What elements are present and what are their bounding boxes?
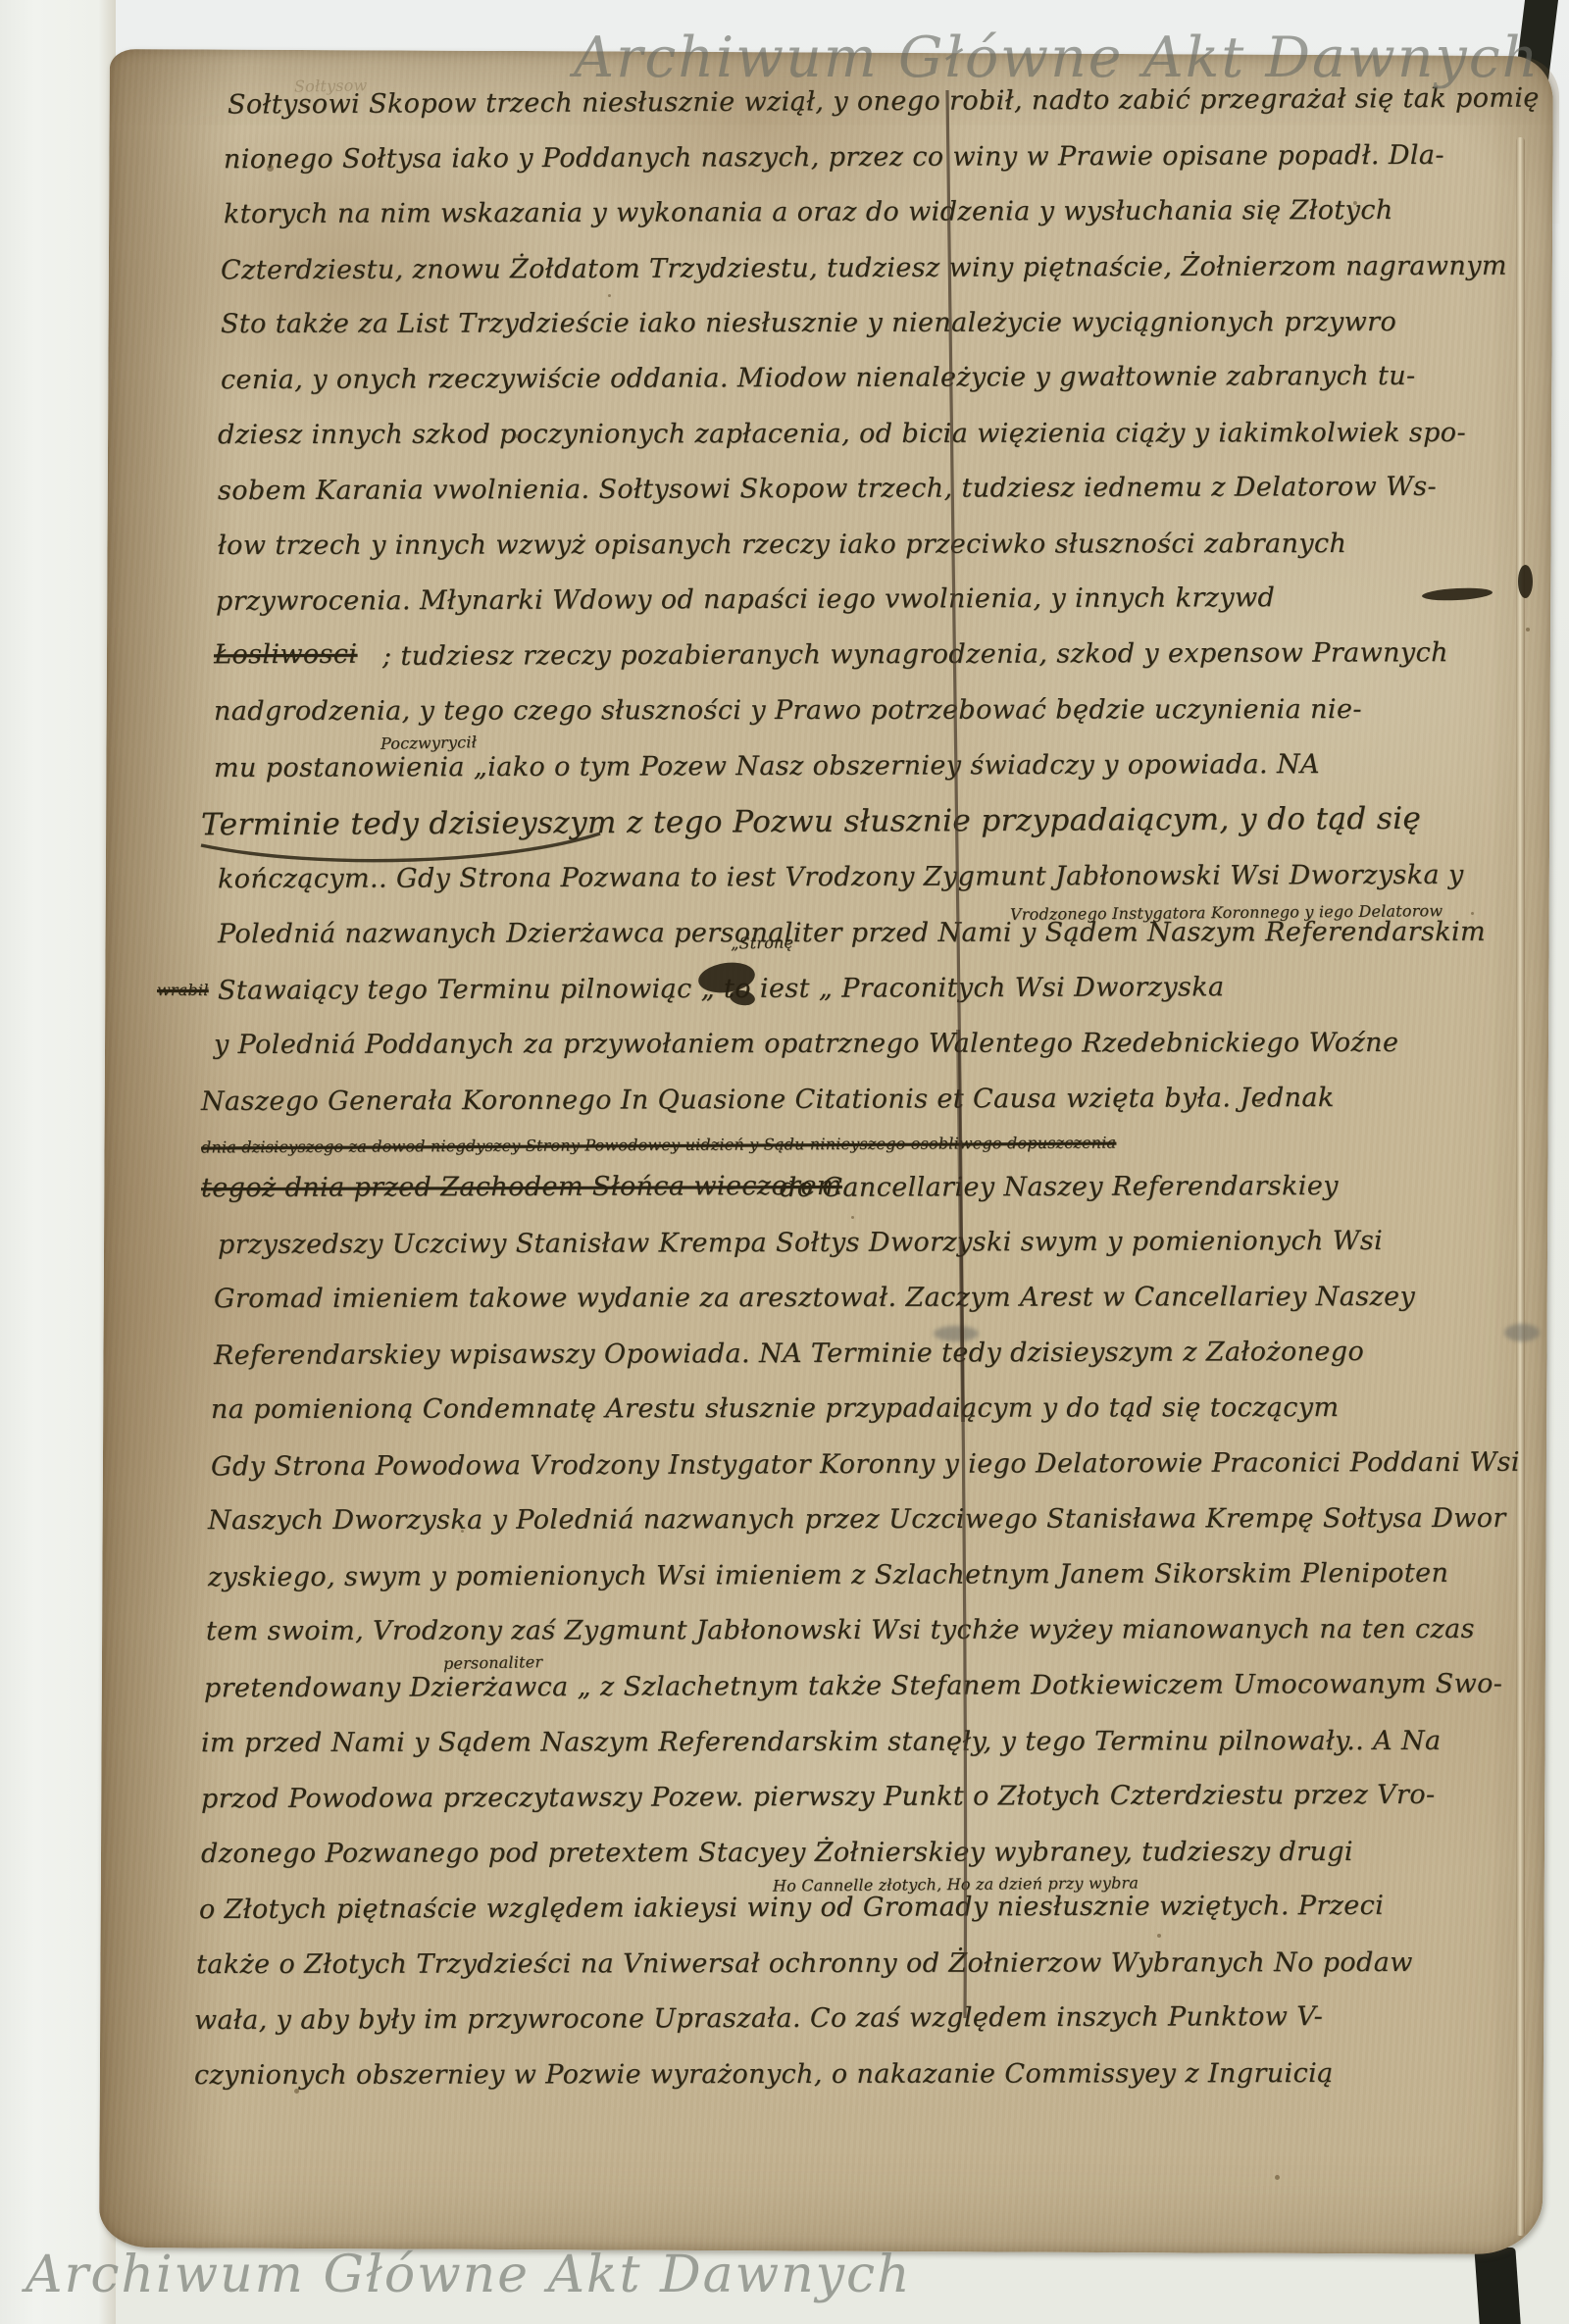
ink-blot [1518,565,1533,598]
interlinear-note: dnia dzisieyszego za dowod niegdyszey St… [201,1134,1116,1157]
manuscript-line: Naszego Generała Koronnego In Quasione C… [201,1083,1335,1117]
interlinear-note: Poczwyrycił [380,733,477,753]
ink-smudge [1504,1324,1540,1341]
manuscript-line: Sto także za List Trzydzieście iako nies… [221,307,1396,339]
interlinear-note: „Stronę [731,933,793,952]
manuscript-line: zyskiego, swym y pomienionych Wsi imieni… [208,1558,1448,1592]
manuscript-line: Referendarskiey wpisawszy Opowiada. NA T… [214,1337,1364,1371]
manuscript-line: Terminie tedy dzisieyszym z tego Pozwu s… [201,801,1421,843]
paper-speck [267,165,274,172]
book-cover-strip-bottom [1474,2248,1520,2324]
archive-watermark-top: Archiwum Główne Akt Dawnych [574,25,1540,90]
manuscript-line: ; tudziesz rzeczy pozabieranych wynagrod… [382,637,1448,672]
manuscript-line: nadgrodzenia, y tego czego słuszności y … [214,694,1362,727]
manuscript-line: cenia, y onych rzeczywiście oddania. Mio… [221,361,1416,395]
manuscript-line: Łosliwosci [214,639,358,671]
blank-page-edge [0,0,116,2324]
paper-speck [1526,628,1530,632]
manuscript-line: tegoż dnia przed Zachodem Słońca wieczor… [201,1171,842,1203]
manuscript-line: mu postanowienia „iako o tym Pozew Nasz … [214,749,1320,783]
archive-watermark-bottom: Archiwum Główne Akt Dawnych [25,2246,912,2304]
manuscript-line: kończącym.. Gdy Strona Pozwana to iest V… [218,860,1464,894]
manuscript-line: Gromad imieniem takowe wydanie za areszt… [214,1282,1415,1314]
paper-speck [1157,1934,1161,1938]
manuscript-line: Gdy Strona Powodowa Vrodzony Instygator … [211,1447,1520,1483]
interlinear-note: personaliter [443,1652,543,1673]
paper-speck [1275,2175,1280,2180]
paper-speck [608,294,611,297]
manuscript-line: Czterdziestu, znowu Żołdatom Trzydziestu… [221,251,1507,286]
manuscript-line: sobem Karania vwolnienia. Sołtysowi Skop… [218,472,1437,506]
manuscript-line: do Cancellariey Naszey Referendarskiey [780,1171,1339,1203]
manuscript-line: y Poledniá Poddanych za przywołaniem opa… [214,1028,1398,1060]
manuscript-line: im przed Nami y Sądem Naszym Referendars… [201,1726,1442,1758]
manuscript-line: dzonego Pozwanego pod pretextem Stacyey … [201,1837,1353,1869]
manuscript-line: czynionych obszerniey w Pozwie wyrażonyc… [194,2058,1334,2091]
paper-speck [461,1530,464,1533]
interlinear-note: wrabił [157,981,209,999]
paper-speck [1257,1100,1261,1104]
manuscript-line: Poledniá nazwanych Dzierżawca personalit… [218,917,1486,949]
paper-speck [1353,201,1357,205]
manuscript-line: o Złotych piętnaście względem iakieysi w… [199,1891,1384,1925]
manuscript-line: wała, y aby były im przywrocone Upraszał… [194,2001,1323,2036]
manuscript-line: przod Powodowa przeczytawszy Pozew. pier… [201,1780,1436,1814]
paper-speck [851,1216,854,1219]
manuscript-line: przyszedszy Uczciwy Stanisław Krempa Soł… [218,1226,1383,1260]
manuscript-line: dziesz innych szkod poczynionych zapłace… [218,418,1466,450]
manuscript-line: tem swoim, Vrodzony zaś Zygmunt Jabłonow… [206,1614,1475,1646]
manuscript-line: na pomienioną Condemnatę Arestu słusznie… [211,1392,1340,1425]
scanner-background: { "document": { "watermark_top": "Archiw… [0,0,1569,2324]
ink-smudge [934,1326,979,1341]
manuscript-line: łow trzech y innych wzwyż opisanych rzec… [218,529,1346,561]
manuscript-line: nionego Sołtysa iako y Poddanych naszych… [224,140,1444,175]
paper-speck [1471,912,1474,915]
text-layer: SołtysowSołtysowi Skopow trzech niesłusz… [110,49,1551,2248]
paper-speck [294,2089,299,2094]
manuscript-line: przywrocenia. Młynarki Wdowy od napaści … [216,582,1275,617]
paper-speck [515,434,519,438]
manuscript-line: Naszych Dworzyska y Poledniá nazwanych p… [208,1503,1506,1536]
ink-blot [1422,586,1493,602]
manuscript-line: także o Złotych Trzydzieści na Vniwersał… [196,1947,1413,1980]
manuscript-line: ktorych na nim wskazania y wykonania a o… [224,195,1393,229]
manuscript-line: pretendowany Dzierżawca „ z Szlachetnym … [204,1669,1502,1704]
